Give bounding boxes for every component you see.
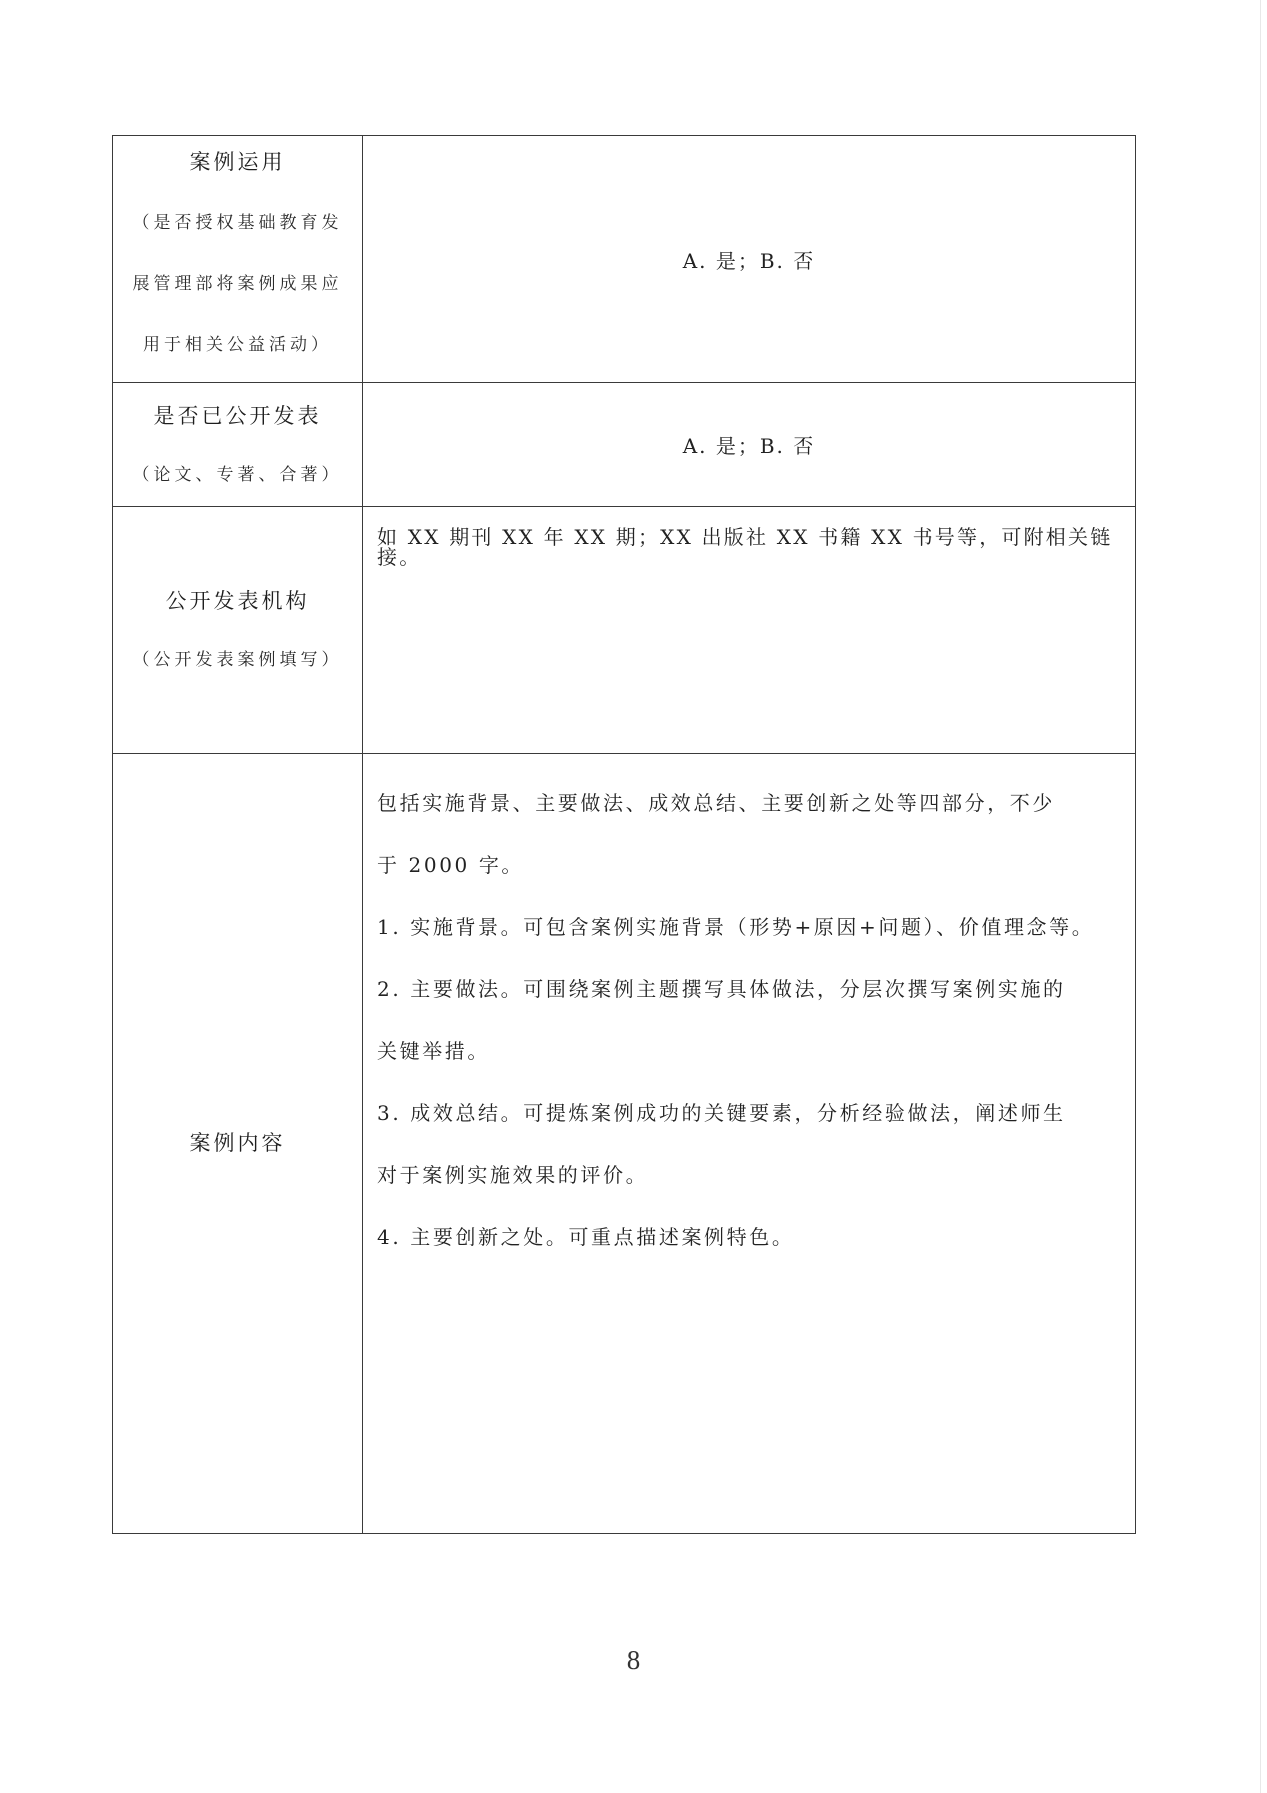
label-publisher: 公开发表机构 <box>113 591 362 612</box>
value-cell-publisher[interactable]: 如 XX 期刊 XX 年 XX 期；XX 出版社 XX 书籍 XX 书号等，可附… <box>363 507 1136 754</box>
content-line: 4. 主要创新之处。可重点描述案例特色。 <box>377 1206 1123 1268</box>
label-cell-published: 是否已公开发表 （论文、专著、合著） <box>113 383 363 507</box>
content-line: 1. 实施背景。可包含案例实施背景（形势+原因+问题）、价值理念等。 <box>377 896 1123 958</box>
label-case-application-note-2: 展管理部将案例成果应 <box>113 276 362 293</box>
scan-page-edge <box>1260 0 1261 1793</box>
row-publisher: 公开发表机构 （公开发表案例填写） 如 XX 期刊 XX 年 XX 期；XX 出… <box>113 507 1136 754</box>
value-cell-case-content[interactable]: 包括实施背景、主要做法、成效总结、主要创新之处等四部分，不少 于 2000 字。… <box>363 754 1136 1534</box>
label-case-content: 案例内容 <box>113 1133 362 1154</box>
label-cell-case-application: 案例运用 （是否授权基础教育发 展管理部将案例成果应 用于相关公益活动） <box>113 136 363 383</box>
label-cell-case-content: 案例内容 <box>113 754 363 1534</box>
label-case-application-note-1: （是否授权基础教育发 <box>113 215 362 232</box>
case-form-table: 案例运用 （是否授权基础教育发 展管理部将案例成果应 用于相关公益活动） A. … <box>112 135 1136 1534</box>
value-case-application[interactable]: A. 是；B. 否 <box>363 136 1136 383</box>
page-number: 8 <box>0 1645 1267 1676</box>
value-published[interactable]: A. 是；B. 否 <box>363 383 1136 507</box>
label-published: 是否已公开发表 <box>113 406 362 427</box>
label-case-application-note-3: 用于相关公益活动） <box>113 337 362 354</box>
value-publisher: 如 XX 期刊 XX 年 XX 期；XX 出版社 XX 书籍 XX 书号等，可附… <box>363 507 1135 567</box>
content-line: 对于案例实施效果的评价。 <box>377 1144 1123 1206</box>
row-case-application: 案例运用 （是否授权基础教育发 展管理部将案例成果应 用于相关公益活动） A. … <box>113 136 1136 383</box>
label-case-application: 案例运用 <box>113 152 362 173</box>
content-line: 关键举措。 <box>377 1020 1123 1082</box>
content-line: 2. 主要做法。可围绕案例主题撰写具体做法，分层次撰写案例实施的 <box>377 958 1123 1020</box>
case-content-text: 包括实施背景、主要做法、成效总结、主要创新之处等四部分，不少 于 2000 字。… <box>363 754 1135 1268</box>
content-line: 于 2000 字。 <box>377 834 1123 896</box>
row-case-content: 案例内容 包括实施背景、主要做法、成效总结、主要创新之处等四部分，不少 于 20… <box>113 754 1136 1534</box>
row-published: 是否已公开发表 （论文、专著、合著） A. 是；B. 否 <box>113 383 1136 507</box>
label-publisher-note: （公开发表案例填写） <box>113 652 362 669</box>
label-cell-publisher: 公开发表机构 （公开发表案例填写） <box>113 507 363 754</box>
content-line: 包括实施背景、主要做法、成效总结、主要创新之处等四部分，不少 <box>377 772 1123 834</box>
content-line: 3. 成效总结。可提炼案例成功的关键要素，分析经验做法，阐述师生 <box>377 1082 1123 1144</box>
label-published-note: （论文、专著、合著） <box>113 467 362 484</box>
